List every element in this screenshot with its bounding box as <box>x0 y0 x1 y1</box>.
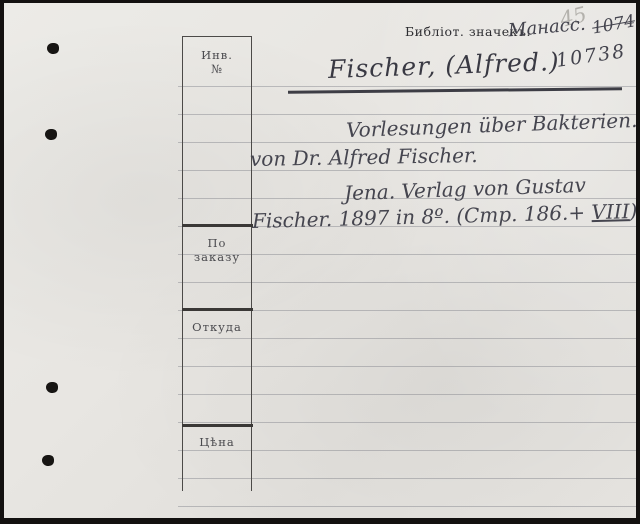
inventory-label-line1: Инв. <box>201 48 233 62</box>
punch-hole <box>42 455 54 466</box>
punch-hole <box>45 129 57 140</box>
imprint-line2-close: ) <box>629 199 637 223</box>
section-divider <box>182 308 253 311</box>
origin-label: Откуда <box>183 320 251 334</box>
author-line: von Dr. Alfred Fischer. <box>250 143 478 171</box>
price-label: Цѣна <box>183 435 251 449</box>
roman-numeral: VIII <box>591 199 630 224</box>
crossed-number: 1074 <box>591 11 637 38</box>
inventory-label-line2: № <box>211 62 223 76</box>
section-divider <box>182 424 253 427</box>
punch-hole <box>46 382 58 393</box>
section-divider <box>182 224 253 227</box>
card-paper: Инв. № По заказу Откуда Цѣна 45 Библіот.… <box>4 3 636 518</box>
scanned-catalog-card: Инв. № По заказу Откуда Цѣна 45 Библіот.… <box>0 0 640 524</box>
collection-mark: Манасс. <box>507 14 586 42</box>
printed-column: Инв. № По заказу Откуда Цѣна <box>182 36 252 491</box>
order-label: По заказу <box>183 236 251 264</box>
punch-hole <box>47 43 59 54</box>
inventory-number-label: Инв. № <box>183 48 251 76</box>
